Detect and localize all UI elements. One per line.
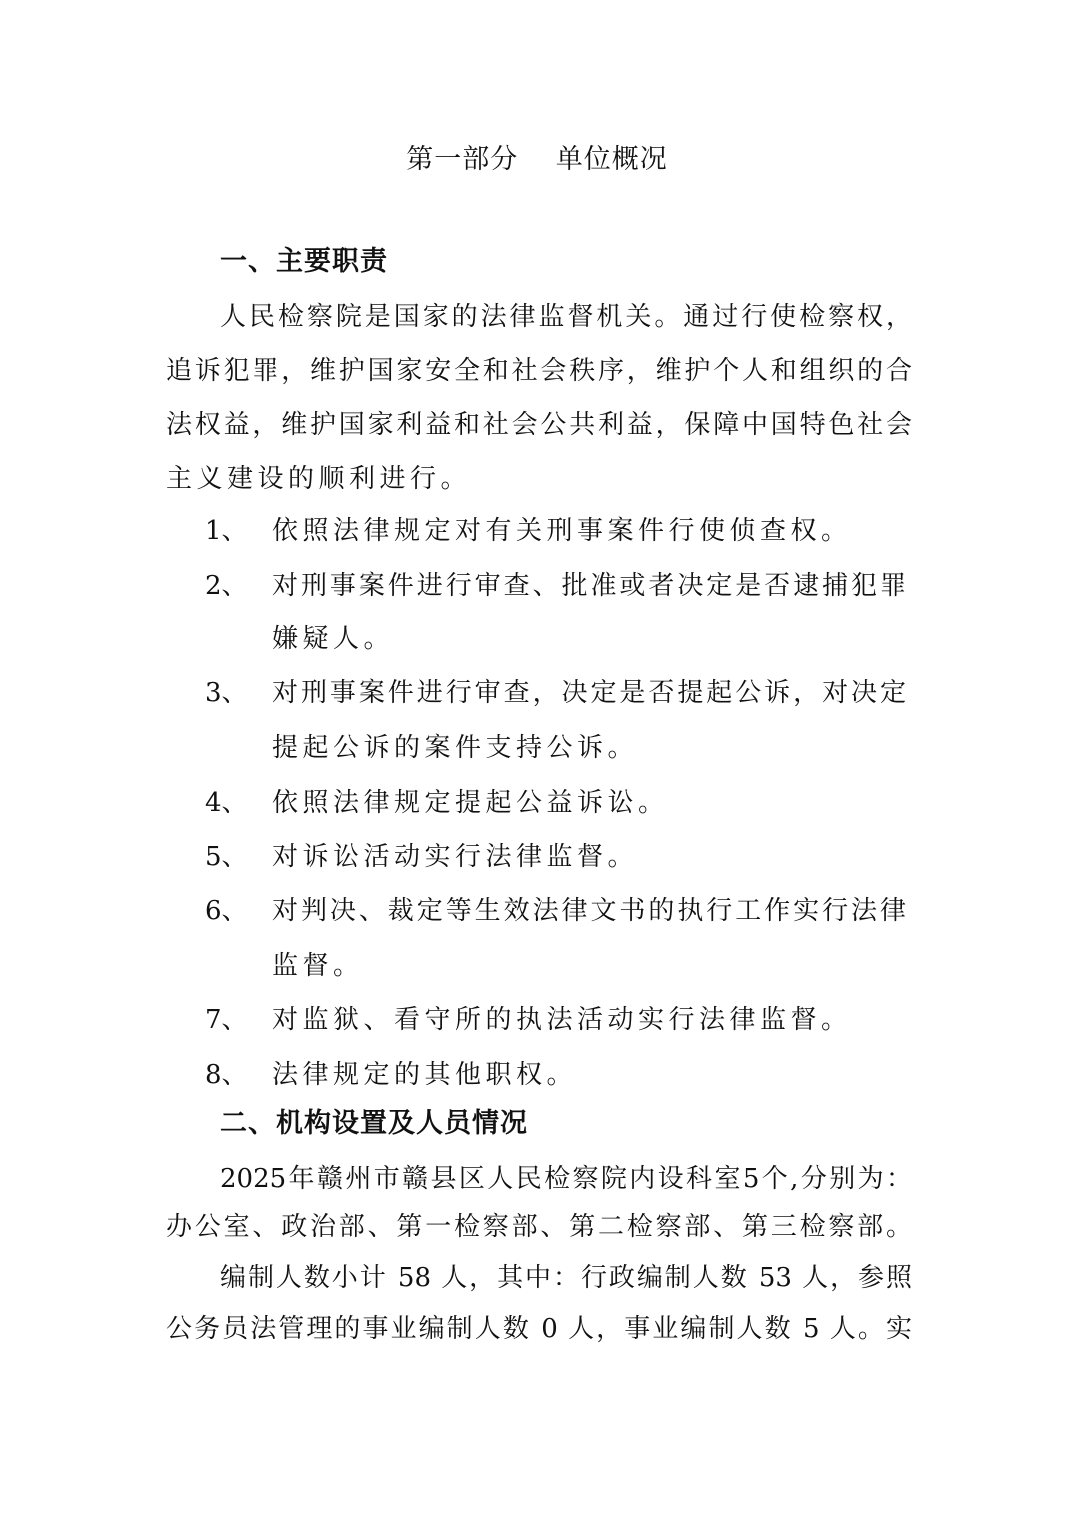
section-heading-organization: 二、机构设置及人员情况 [220, 1107, 528, 1141]
list-item-text: 对刑事案件进行审查、批准或者决定是否逮捕犯罪 [272, 569, 906, 603]
list-item-number: 3、 [205, 676, 248, 710]
list-item-number: 1、 [205, 514, 248, 548]
list-item-text: 依照法律规定提起公益诉讼。 [272, 786, 669, 820]
list-item-text-continuation: 提起公诉的案件支持公诉。 [272, 731, 638, 765]
staffing-paragraph-line: 编制人数小计 58 人，其中：行政编制人数 53 人，参照 [220, 1261, 912, 1295]
list-item-number: 5、 [205, 840, 248, 874]
list-item-text-continuation: 监督。 [272, 949, 364, 983]
list-item-text: 对刑事案件进行审查，决定是否提起公诉，对决定 [272, 676, 906, 710]
intro-paragraph-line: 追诉犯罪，维护国家安全和社会秩序，维护个人和组织的合 [166, 354, 912, 388]
section-heading-main-duties: 一、主要职责 [220, 245, 388, 279]
organization-paragraph-line: 办公室、政治部、第一检察部、第二检察部、第三检察部。 [166, 1210, 912, 1244]
intro-paragraph-line: 主义建设的顺利进行。 [166, 462, 471, 496]
list-item-text: 法律规定的其他职权。 [272, 1058, 577, 1092]
list-item-number: 6、 [205, 894, 248, 928]
list-item-number: 8、 [205, 1058, 248, 1092]
list-item-text: 依照法律规定对有关刑事案件行使侦查权。 [272, 514, 852, 548]
page-title: 第一部分 单位概况 [0, 143, 1074, 177]
list-item-number: 4、 [205, 786, 248, 820]
list-item-number: 2、 [205, 569, 248, 603]
list-item-text-continuation: 嫌疑人。 [272, 622, 394, 656]
list-item-text: 对诉讼活动实行法律监督。 [272, 840, 638, 874]
organization-paragraph-line: 2025年赣州市赣县区人民检察院内设科室5个,分别为： [220, 1162, 912, 1196]
list-item-number: 7、 [205, 1003, 248, 1037]
list-item-text: 对监狱、看守所的执法活动实行法律监督。 [272, 1003, 852, 1037]
list-item-text: 对判决、裁定等生效法律文书的执行工作实行法律 [272, 894, 906, 928]
intro-paragraph-line: 人民检察院是国家的法律监督机关。通过行使检察权， [220, 300, 912, 334]
intro-paragraph-line: 法权益，维护国家利益和社会公共利益，保障中国特色社会 [166, 408, 912, 442]
staffing-paragraph-line: 公务员法管理的事业编制人数 0 人，事业编制人数 5 人。实 [166, 1312, 912, 1346]
document-page: 第一部分 单位概况 一、主要职责 人民检察院是国家的法律监督机关。通过行使检察权… [0, 0, 1074, 1520]
